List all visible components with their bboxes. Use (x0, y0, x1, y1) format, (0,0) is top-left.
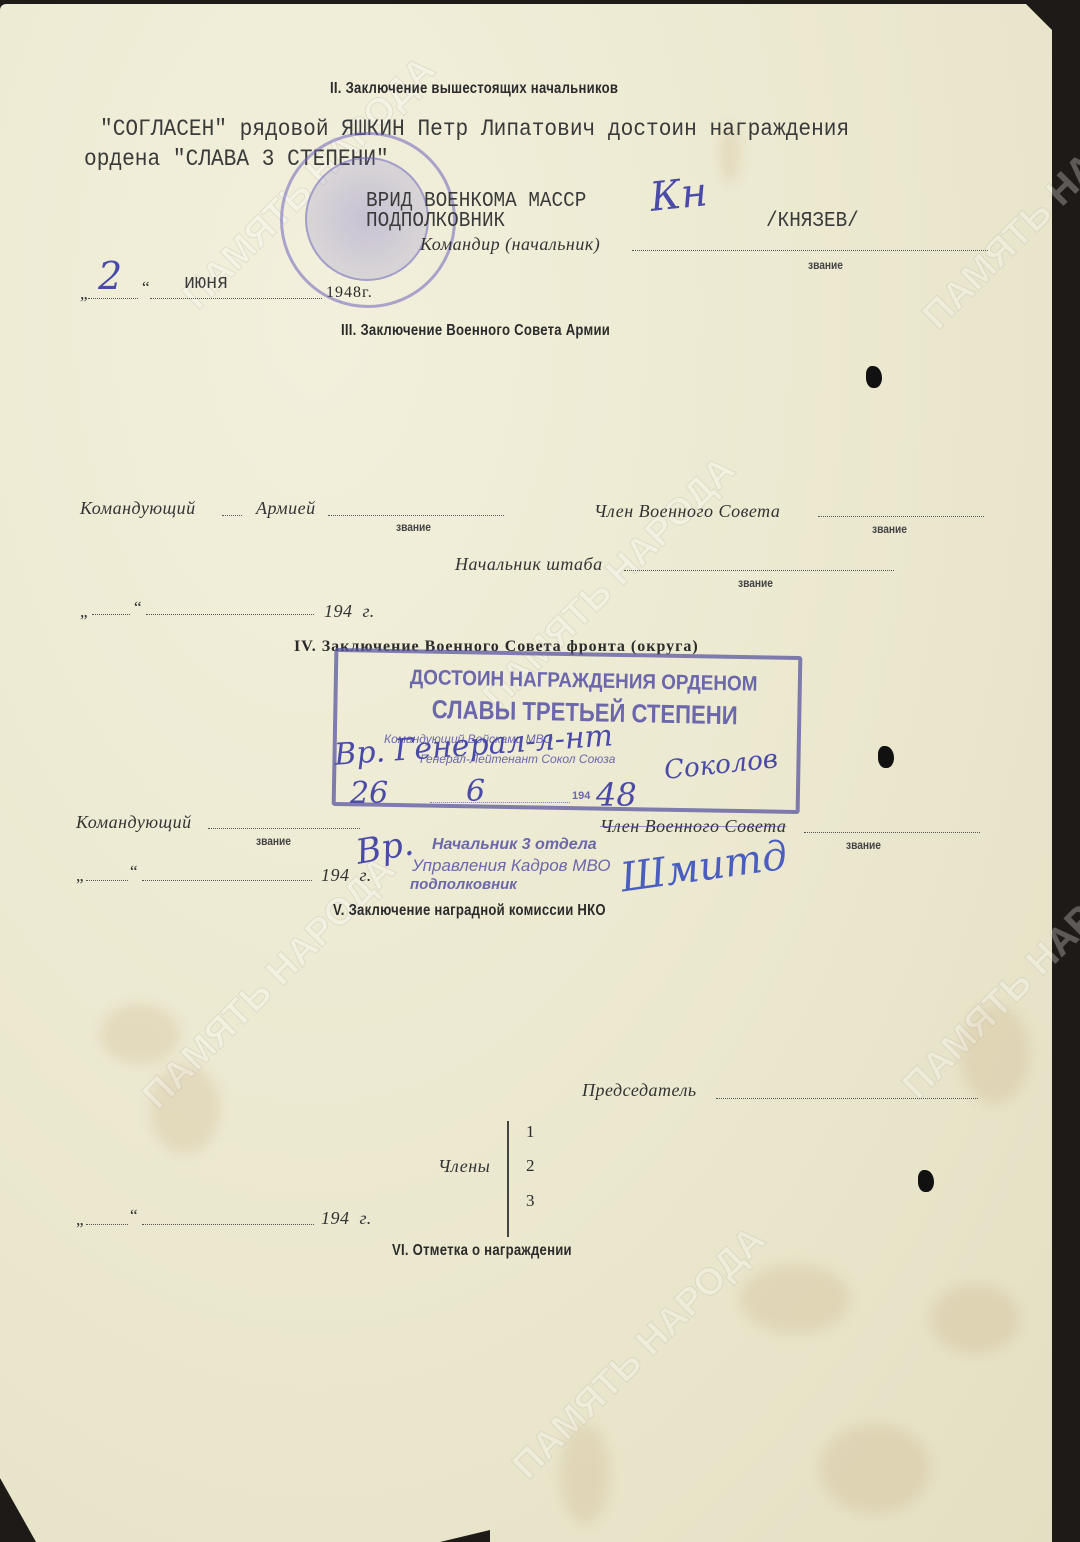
date-quote-close: “ (130, 862, 139, 882)
stain (820, 1424, 930, 1514)
section-3-heading: III. Заключение Военного Совета Армии (341, 322, 610, 340)
punch-hole (918, 1170, 934, 1192)
commander-label: Командующий (76, 812, 192, 833)
folded-corner (0, 1478, 36, 1542)
rank-caption: звание (808, 258, 843, 272)
date-month-line (142, 880, 312, 881)
date-day-line (88, 298, 138, 299)
date-month-line (150, 298, 322, 299)
stamp2-line-2: Управления Кадров МВО (412, 856, 611, 876)
rank-caption: звание (872, 522, 907, 536)
field-line (804, 832, 980, 833)
army-label: Армией (256, 498, 316, 519)
stain (930, 1284, 1020, 1354)
date-year: 194 г. (324, 601, 375, 622)
handwritten-signature-2: Шмитд (618, 833, 791, 902)
date-quote-close: “ (142, 278, 151, 298)
section-6-heading: VI. Отметка о награждении (392, 1242, 572, 1260)
field-line (818, 516, 984, 517)
handwritten-prefix: Вр. (353, 823, 417, 872)
torn-corner (1026, 4, 1052, 30)
stamp2-line-1: Начальник 3 отдела (432, 836, 597, 854)
stamp-date-year-prefix: 194 (572, 790, 590, 802)
member-1: 1 (526, 1122, 536, 1142)
section-2-heading: II. Заключение вышестоящих начальников (330, 80, 618, 98)
rank-caption: звание (256, 834, 291, 848)
member-3: 3 (526, 1191, 536, 1211)
rank-caption: звание (738, 576, 773, 590)
date-day-line (92, 614, 130, 615)
council-member-label: Член Военного Совета (594, 501, 780, 522)
chief-of-staff-label: Начальник штаба (455, 554, 603, 575)
date-quote-close: “ (130, 1206, 139, 1226)
field-line (328, 515, 504, 516)
chairman-label: Председатель (582, 1080, 697, 1101)
handwritten-signature: Кн (648, 169, 710, 221)
typed-month: июня (184, 272, 228, 295)
watermark: ПАМЯТЬ НАРОДА (916, 70, 1080, 336)
stain (740, 1264, 850, 1334)
date-year: 194 г. (321, 1208, 372, 1229)
date-quote-open: „ (80, 284, 89, 304)
members-label: Члены (438, 1156, 490, 1177)
date-quote-open: „ (76, 866, 85, 886)
date-month-line (146, 614, 314, 615)
stamp2-line-3: подполковник (410, 876, 517, 893)
date-month-line (142, 1224, 314, 1225)
member-2: 2 (526, 1156, 536, 1176)
document-page: ПАМЯТЬ НАРОДА ПАМЯТЬ НАРОДА ПАМЯТЬ НАРОД… (0, 4, 1052, 1542)
field-line (624, 570, 894, 571)
field-line (222, 515, 242, 516)
date-day-line (86, 880, 128, 881)
members-bracket (507, 1121, 509, 1237)
date-quote-close: “ (134, 598, 143, 618)
handwritten-day: 2 (98, 254, 122, 298)
field-line (208, 828, 360, 829)
rank-caption: звание (846, 838, 881, 852)
date-quote-open: „ (80, 602, 89, 622)
signature-line (632, 250, 988, 251)
field-line (716, 1098, 978, 1099)
watermark: ПАМЯТЬ НАРОДА (136, 850, 402, 1116)
stamp-date-year-hand: 48 (596, 776, 637, 814)
stamp-date-month: 6 (466, 774, 485, 809)
rank-caption: звание (396, 520, 431, 534)
council-member-label: Член Военного Совета (600, 816, 786, 837)
stamp-date-day: 26 (350, 776, 388, 811)
section-5-heading: V. Заключение наградной комиссии НКО (333, 902, 606, 920)
date-year: 1948г. (326, 284, 373, 302)
typed-title-line-2: ПОДПОЛКОВНИК (366, 210, 505, 233)
date-quote-open: „ (76, 1210, 85, 1230)
commander-label: Командующий (80, 498, 196, 519)
commander-label: Командир (начальник) (420, 234, 600, 255)
typed-signer-name: /КНЯЗЕВ/ (766, 210, 859, 233)
torn-edge (440, 1530, 490, 1542)
stamp-date-line (430, 802, 570, 803)
date-day-line (86, 1224, 128, 1225)
punch-hole (866, 366, 882, 388)
punch-hole (878, 746, 894, 768)
typed-recommendation-line-1: "СОГЛАСЕН" рядовой ЯШКИН Петр Липатович … (100, 116, 849, 142)
